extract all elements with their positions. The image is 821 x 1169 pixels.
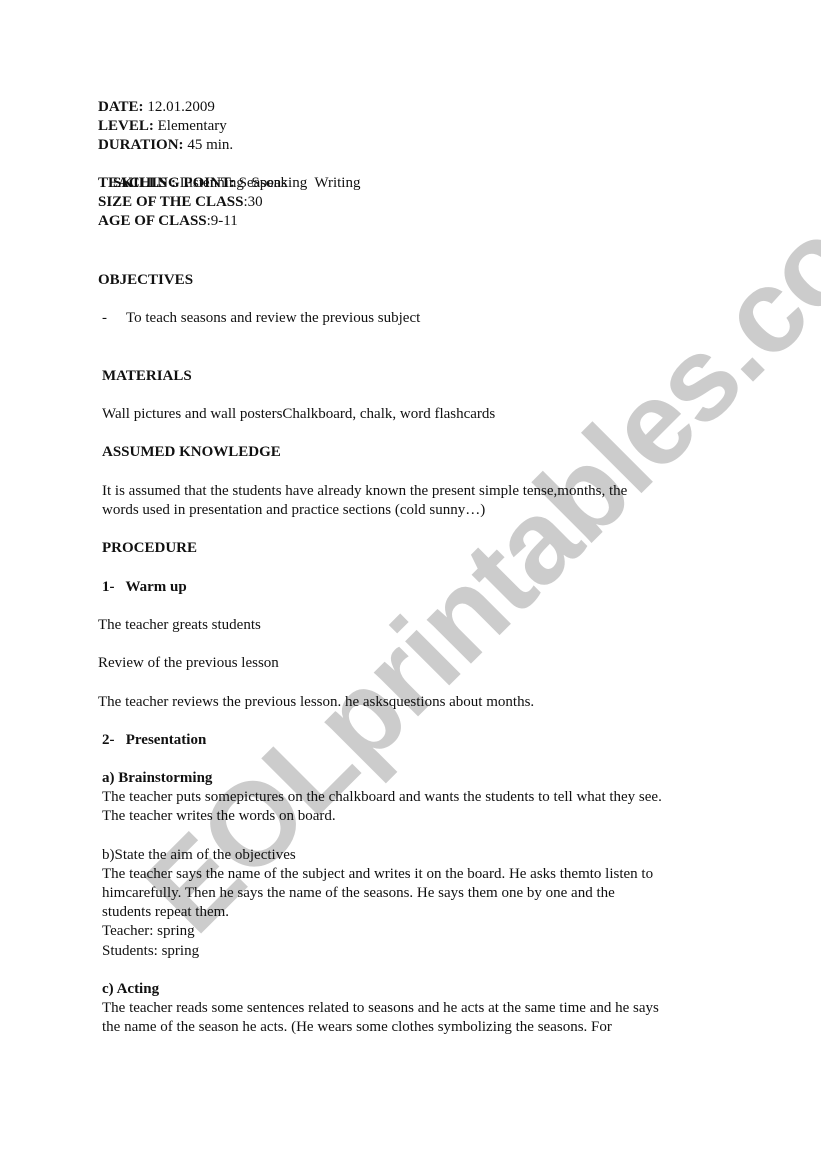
warm-up-paragraph: The teacher reviews the previous lesson.… — [98, 693, 534, 712]
state-aim-line: students repeat them. — [102, 903, 229, 922]
state-aim-line: Teacher: spring — [102, 922, 195, 941]
objectives-bullet: - — [102, 309, 107, 328]
field-value: 45 min. — [184, 137, 234, 153]
field-label: LEVEL: — [98, 118, 154, 134]
field-label: SIZE OF THE CLASS — [98, 194, 243, 210]
field-label: AGE OF CLASS — [98, 213, 207, 229]
acting-line: the name of the season he acts. (He wear… — [102, 1018, 612, 1037]
field-level: LEVEL: Elementary — [98, 117, 227, 136]
field-class-age: AGE OF CLASS:9-11 — [98, 212, 238, 231]
brainstorming-line: The teacher writes the words on board. — [102, 807, 336, 826]
warm-up-paragraph: The teacher greats students — [98, 616, 261, 635]
warm-up-heading: 1- Warm up — [102, 578, 187, 597]
state-aim-line: The teacher says the name of the subject… — [102, 865, 653, 884]
field-value: :30 — [243, 194, 262, 210]
objectives-heading: OBJECTIVES — [98, 271, 193, 290]
presentation-heading: 2- Presentation — [102, 731, 206, 750]
document-page: EOLprintables.com DATE: 12.01.2009 LEVEL… — [0, 0, 821, 1169]
field-value: 12.01.2009 — [144, 99, 215, 115]
state-aim-line: himcarefully. Then he says the name of t… — [102, 884, 615, 903]
objectives-item: To teach seasons and review the previous… — [126, 309, 420, 328]
assumed-knowledge-line: words used in presentation and practice … — [102, 501, 485, 520]
assumed-knowledge-line: It is assumed that the students have alr… — [102, 482, 627, 501]
materials-heading: MATERIALS — [102, 367, 192, 386]
state-aim-line: Students: spring — [102, 942, 199, 961]
field-date: DATE: 12.01.2009 — [98, 98, 215, 117]
materials-text: Wall pictures and wall postersChalkboard… — [102, 405, 495, 424]
brainstorming-heading: a) Brainstorming — [102, 769, 212, 788]
field-duration: DURATION: 45 min. — [98, 136, 233, 155]
assumed-knowledge-heading: ASSUMED KNOWLEDGE — [102, 443, 281, 462]
field-teaching-point: TEACHING POINT: Seasons — [98, 174, 287, 193]
warm-up-paragraph: Review of the previous lesson — [98, 654, 279, 673]
procedure-heading: PROCEDURE — [102, 539, 197, 558]
brainstorming-line: The teacher puts somepictures on the cha… — [102, 788, 662, 807]
acting-heading: c) Acting — [102, 980, 159, 999]
field-label: TEACHING POINT: — [98, 175, 235, 191]
field-class-size: SIZE OF THE CLASS:30 — [98, 193, 263, 212]
acting-line: The teacher reads some sentences related… — [102, 999, 659, 1018]
field-value: Seasons — [235, 175, 287, 191]
state-aim-heading: b)State the aim of the objectives — [102, 846, 296, 865]
field-value: Elementary — [154, 118, 227, 134]
field-value: :9-11 — [207, 213, 238, 229]
field-label: DURATION: — [98, 137, 184, 153]
field-label: DATE: — [98, 99, 144, 115]
